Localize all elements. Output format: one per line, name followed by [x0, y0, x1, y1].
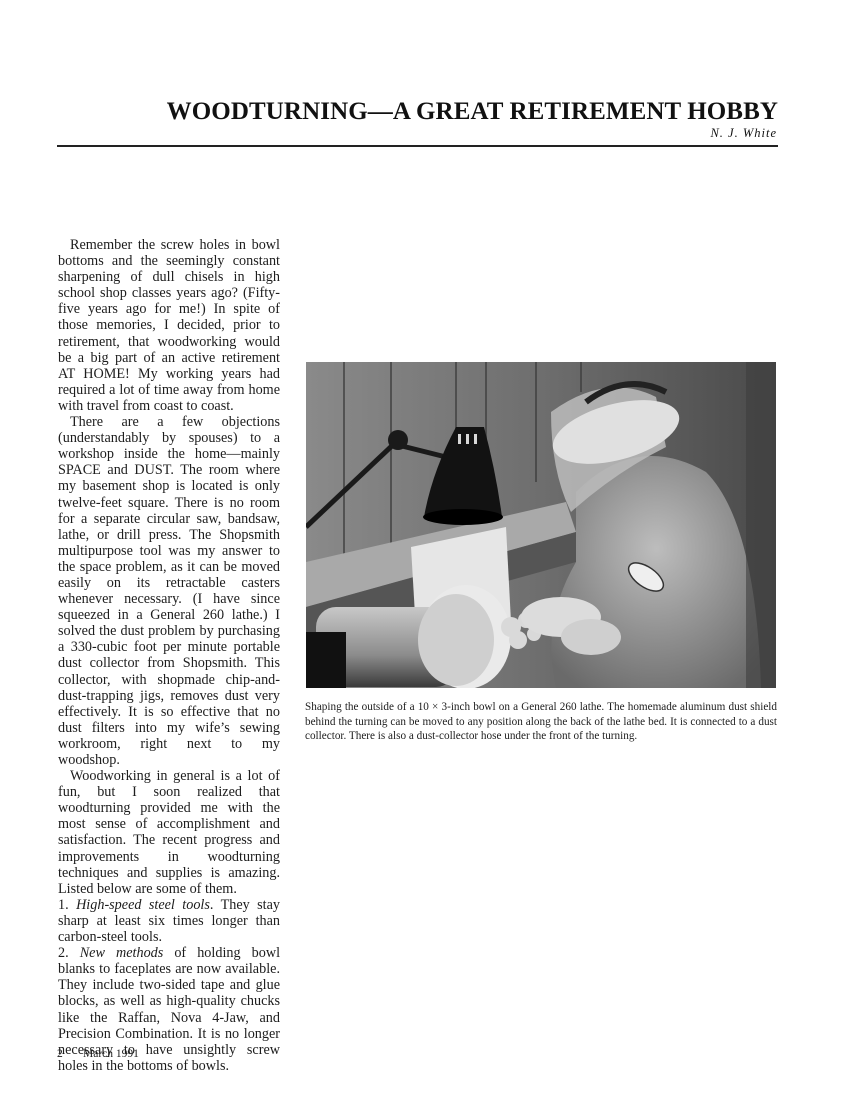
- title-rule: [57, 145, 778, 147]
- article-title: WOODTURNING—A GREAT RETIREMENT HOBBY: [100, 98, 778, 126]
- woodturning-photo: [306, 362, 776, 688]
- list-emphasis: High-speed steel tools: [76, 897, 210, 913]
- body-paragraph: Woodworking in general is a lot of fun, …: [58, 768, 280, 897]
- list-number: 2.: [58, 945, 69, 961]
- page-number: 2: [57, 1048, 83, 1060]
- issue-date: March 1991: [83, 1048, 139, 1060]
- body-column: Remember the screw holes in bowl bottoms…: [58, 237, 280, 1074]
- photo-caption: Shaping the outside of a 10 × 3-inch bow…: [305, 700, 777, 744]
- body-paragraph: Remember the screw holes in bowl bottoms…: [58, 237, 280, 414]
- list-item: 1. High-speed steel tools. They stay sha…: [58, 897, 280, 945]
- list-number: 1.: [58, 897, 69, 913]
- list-emphasis: New methods: [80, 945, 164, 961]
- page-footer: 2March 1991: [57, 1048, 139, 1060]
- author-byline: N. J. White: [710, 126, 777, 141]
- body-paragraph: There are a few objections (understandab…: [58, 414, 280, 768]
